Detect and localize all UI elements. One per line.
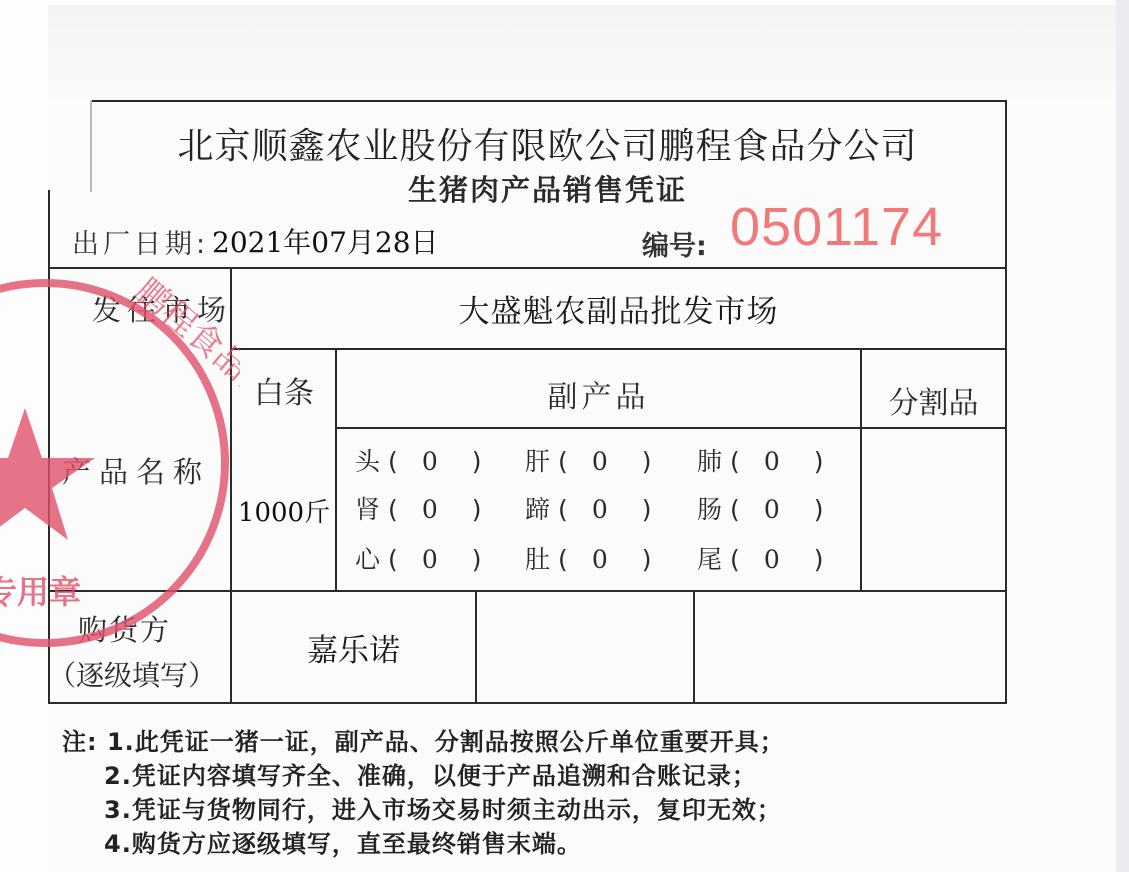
note-2: 2.凭证内容填写齐全、准确，以便于产品追溯和合账记录；: [104, 756, 757, 791]
destination-label: 发往市场: [92, 288, 232, 329]
buyer-divider-2: [693, 590, 695, 703]
destination-value: 大盛魁农副品批发市场: [232, 286, 1005, 331]
byproduct-name: 肠: [697, 495, 722, 524]
byproduct-value: 0: [568, 447, 632, 476]
byproduct-item: 心(0): [355, 540, 482, 576]
byproducts-header: 副产品: [337, 372, 860, 416]
note-3: 3.凭证与货物同行，进入市场交易时须主动出示，复印无效；: [104, 790, 782, 825]
company-name: 北京顺鑫农业股份有限欧公司鹏程食品分公司: [90, 118, 1005, 169]
byproduct-value: 0: [740, 495, 804, 524]
frame-left-upper: [90, 100, 92, 192]
header-bottom-line: [335, 427, 1007, 429]
byproduct-item: 蹄(0): [525, 490, 652, 526]
byproduct-item: 肾(0): [355, 490, 482, 526]
byproduct-name: 蹄: [525, 495, 550, 524]
date-label: 出厂日期:: [72, 222, 209, 261]
buyer-label: 购货方: [78, 608, 171, 649]
byproduct-item: 肺(0): [697, 442, 824, 478]
byproduct-item: 肚(0): [525, 540, 652, 576]
byproduct-value: 0: [398, 447, 462, 476]
byproduct-name: 肾: [355, 495, 380, 524]
byproduct-name: 肺: [697, 447, 722, 476]
table-top-line: [48, 267, 1007, 269]
byproduct-name: 心: [355, 545, 380, 574]
byproduct-name: 头: [355, 447, 380, 476]
frame-top-line: [90, 100, 1007, 102]
date-value: 2021年07月28日: [212, 221, 439, 261]
note-1: 注: 1.此凭证一猪一证，副产品、分割品按照公斤单位重要开具；: [62, 722, 785, 757]
byproduct-value: 0: [740, 447, 804, 476]
page-edge: [1116, 0, 1129, 872]
table-bottom-line: [48, 702, 1007, 704]
row1-bottom-line: [230, 348, 1007, 350]
byproduct-name: 肝: [525, 447, 550, 476]
note-4: 4.购货方应逐级填写，直至最终销售末端。: [104, 824, 582, 859]
byproduct-name: 尾: [697, 545, 722, 574]
frame-right-line: [1005, 100, 1007, 704]
byproduct-value: 0: [568, 545, 632, 574]
buyer-label-note: （逐级填写）: [48, 654, 216, 694]
byproduct-value: 0: [568, 495, 632, 524]
buyer-divider-1: [475, 590, 477, 703]
carcass-header: 白条: [232, 368, 336, 412]
serial-label: 编号:: [642, 224, 707, 263]
serial-number: 0501174: [730, 196, 943, 258]
byproduct-value: 0: [398, 545, 462, 574]
byproduct-item: 肠(0): [697, 490, 824, 526]
cuts-header: 分割品: [862, 378, 1005, 422]
byproduct-item: 尾(0): [697, 540, 824, 576]
carcass-weight: 1000斤: [232, 492, 336, 529]
byproduct-value: 0: [740, 545, 804, 574]
buyer-1: 嘉乐诺: [232, 625, 475, 670]
row3-bottom-line: [48, 590, 1007, 592]
paper-top-shadow: [48, 5, 1118, 100]
byproduct-value: 0: [398, 495, 462, 524]
byproduct-item: 肝(0): [525, 442, 652, 478]
byproduct-item: 头(0): [355, 442, 482, 478]
byproduct-name: 肚: [525, 545, 550, 574]
product-name-label: 产品名称: [62, 450, 210, 491]
